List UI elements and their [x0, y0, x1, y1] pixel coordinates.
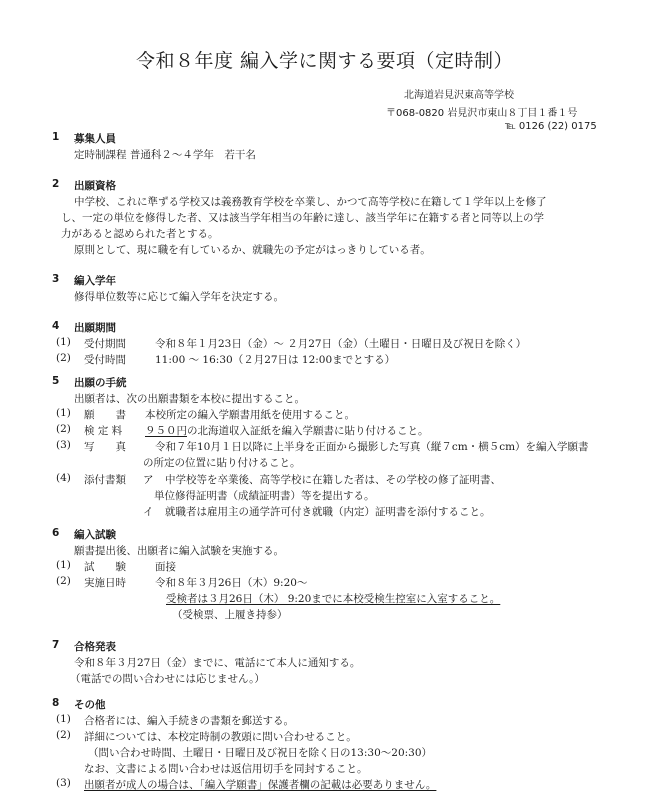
section-6-item-2-text: 令和８年３月26日（木）9:20～ — [155, 575, 307, 590]
page-title: 令和８年度 編入学に関する要項（定時制） — [0, 46, 649, 73]
section-3-number: 3 — [52, 273, 59, 285]
section-8-item-2-cont: （問い合わせ時間、土曜日・日曜日及び祝日を除く日の13:30～20:30） — [88, 745, 432, 760]
section-5-item-4-sub-a-mark: ア — [143, 472, 154, 487]
section-5-intro: 出願者は、次の出願書類を本校に提出すること。 — [74, 391, 305, 406]
section-6-item-1-text: 面接 — [155, 559, 176, 574]
section-6-item-2-note2: （受検票、上履き持参） — [172, 607, 288, 622]
section-2-line-3: 力があると認められた者とする。 — [61, 226, 219, 241]
section-8-item-2-number: (2) — [56, 729, 71, 741]
school-address: 〒068-0820 岩見沢市東山８丁目１番１号 — [386, 104, 577, 119]
section-8-item-3-number: (3) — [56, 777, 71, 789]
section-5-item-2-text-line: ９５０円の北海道収入証紙を編入学願書に貼り付けること。 — [145, 423, 429, 438]
section-6-item-2-label: 実施日時 — [84, 575, 126, 590]
section-1-text: 定時制課程 普通科２～４学年 若干名 — [74, 147, 256, 162]
section-2-number: 2 — [52, 178, 59, 190]
section-5-item-4-sub-a-text: 中学校等を卒業後、高等学校に在籍した者は、その学校の修了証明書、 — [165, 472, 501, 487]
section-4-heading: 出願期間 — [74, 320, 116, 335]
school-name: 北海道岩見沢東高等学校 — [404, 86, 514, 101]
section-8-item-2-text: 詳細については、本校定時制の教頭に問い合わせること。 — [84, 729, 357, 744]
section-8-item-2-cont2: なお、文書による問い合わせは返信用切手を同封すること。 — [84, 761, 368, 776]
section-8-item-3-text: 出願者が成人の場合は、「編入学願書」保護者欄の記載は必要ありません。 — [84, 777, 436, 792]
section-7-heading: 合格発表 — [74, 639, 116, 654]
section-5-item-1-number: (1) — [56, 407, 71, 419]
section-2-line-2: し、一定の単位を修得した者、又は該当学年相当の年齢に達し、該当学年に在籍する者と… — [61, 210, 544, 225]
section-8-item-1-number: (1) — [56, 713, 71, 725]
section-6-number: 6 — [52, 527, 59, 539]
section-5-item-4-sub-b-text: 就職者は雇用主の通学許可付き就職（内定）証明書を添付すること。 — [165, 504, 491, 519]
school-tel: ℡ 0126 (22) 0175 — [505, 121, 597, 132]
section-4-item-1-label: 受付期間 — [84, 336, 126, 351]
section-2-line-1: 中学校、これに準ずる学校又は義務教育学校を卒業し、かつて高等学校に在籍して１学年… — [74, 194, 547, 209]
section-4-item-1-number: (1) — [56, 336, 71, 348]
fee-description: の北海道収入証紙を編入学願書に貼り付けること。 — [187, 425, 429, 437]
section-5-item-3-label: 写 真 — [84, 439, 126, 454]
section-7-line-2: （電話での問い合わせには応じません。） — [70, 671, 265, 686]
section-5-number: 5 — [52, 375, 59, 387]
section-5-item-1-label: 願 書 — [84, 407, 126, 422]
section-4-item-2-label: 受付時間 — [84, 352, 126, 367]
section-4-item-1-text: 令和８年１月23日（金）～ ２月27日（金）（土曜日・日曜日及び祝日を除く） — [155, 336, 526, 351]
section-5-item-3-cont: の所定の位置に貼り付けること。 — [143, 455, 301, 470]
section-6-item-1-label: 試 験 — [84, 559, 126, 574]
section-6-item-1-number: (1) — [56, 559, 71, 571]
section-5-item-4-label: 添付書類 — [84, 472, 126, 487]
section-1-number: 1 — [52, 131, 59, 143]
section-8-heading: その他 — [74, 697, 106, 712]
section-4-number: 4 — [52, 320, 59, 332]
section-2-heading: 出願資格 — [74, 178, 116, 193]
section-6-item-2-number: (2) — [56, 575, 71, 587]
fee-amount: ９５０円 — [145, 425, 187, 437]
section-5-item-4-number: (4) — [56, 472, 71, 484]
section-1-heading: 募集人員 — [74, 131, 116, 146]
section-2-line-4: 原則として、現に職を有しているか、就職先の予定がはっきりしている者。 — [74, 242, 431, 257]
section-7-number: 7 — [52, 639, 59, 651]
section-7-line-1: 令和８年３月27日（金）までに、電話にて本人に通知する。 — [74, 655, 360, 670]
section-5-item-1-text: 本校所定の編入学願書用紙を使用すること。 — [145, 407, 355, 422]
section-5-item-4-sub-a-cont: 単位修得証明書（成績証明書）等を提出する。 — [154, 488, 375, 503]
section-5-item-2-number: (2) — [56, 423, 71, 435]
section-8-item-1-text: 合格者には、編入手続きの書類を郵送する。 — [84, 713, 294, 728]
section-6-intro: 願書提出後、出願者に編入試験を実施する。 — [74, 543, 284, 558]
section-3-heading: 編入学年 — [74, 273, 116, 288]
section-6-item-2-note: 受検者は３月26日（木） 9:20までに本校受検生控室に入室すること。 — [166, 591, 500, 606]
section-5-item-3-text: 令和７年10月１日以降に上半身を正面から撮影した写真（縦７cm・横５cm）を編入… — [155, 439, 589, 454]
section-4-item-2-text: 11:00 ～ 16:30（２月27日は 12:00までとする） — [155, 352, 395, 367]
section-6-heading: 編入試験 — [74, 527, 116, 542]
section-5-item-4-sub-b-mark: イ — [143, 504, 154, 519]
section-4-item-2-number: (2) — [56, 352, 71, 364]
section-3-text: 修得単位数等に応じて編入学年を決定する。 — [74, 289, 284, 304]
section-5-item-3-number: (3) — [56, 439, 71, 451]
section-5-item-2-label: 検 定 料 — [84, 423, 122, 438]
section-5-heading: 出願の手続 — [74, 375, 127, 390]
section-8-number: 8 — [52, 697, 59, 709]
